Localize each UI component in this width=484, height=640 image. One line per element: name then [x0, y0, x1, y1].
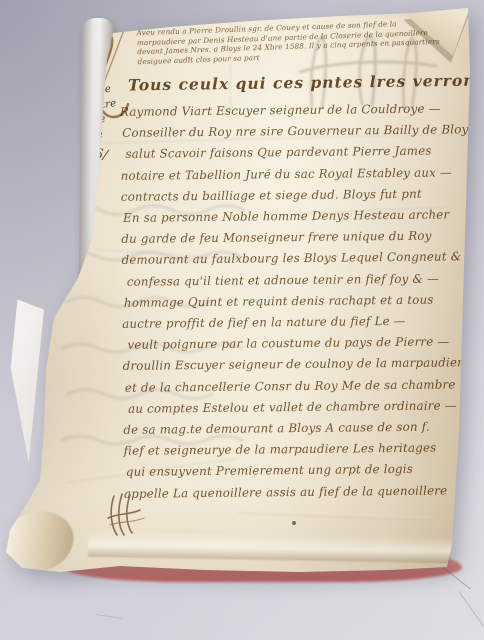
- folio-mark: 96/: [85, 145, 109, 164]
- parchment-surface: 1588 Aveu rendu a Pierre Droullin sgr. d…: [0, 0, 484, 640]
- archival-date: 1588: [45, 30, 77, 50]
- manuscript-body: Raymond Viart Escuyer seigneur de la Cou…: [120, 98, 480, 505]
- parchment-speck: [188, 57, 190, 59]
- manuscript-line: appelle La quenoillere assis au fief de …: [124, 480, 480, 505]
- notary-paraph-flourish: [106, 492, 148, 538]
- parchment-speck: [292, 521, 296, 525]
- manuscript-line: hommage Quint et requint denis rachapt e…: [122, 289, 478, 314]
- manuscript-line: fief et seigneurye de la marpaudiere Les…: [123, 437, 479, 462]
- manuscript-line: notaire et Tabellion Juré du sac Royal E…: [121, 162, 477, 187]
- manuscript-photo: 1588 Aveu rendu a Pierre Droullin sgr. d…: [0, 0, 484, 640]
- parchment-sheet: 1588 Aveu rendu a Pierre Droullin sgr. d…: [0, 0, 484, 640]
- margin-classification-notes: 16e. Tablette 19e. Chapitre 76e. Liasse …: [42, 81, 121, 149]
